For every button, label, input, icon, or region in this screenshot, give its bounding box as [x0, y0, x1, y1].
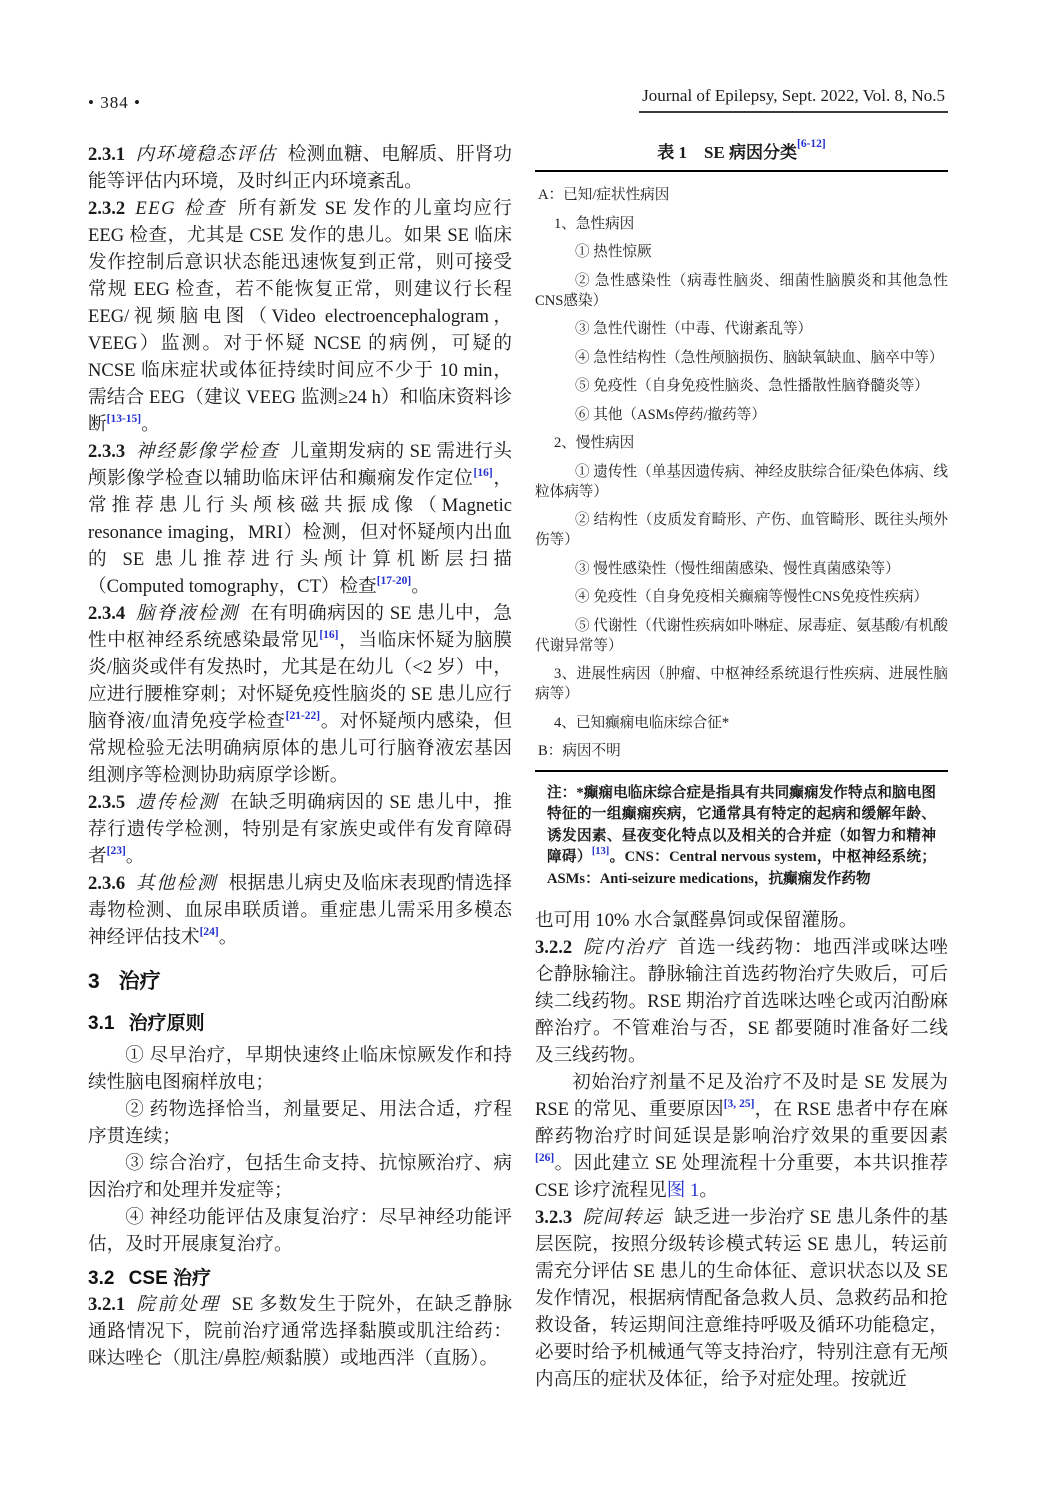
- table-row: 2、慢性病因: [535, 433, 948, 453]
- subsection-title: 院间转运: [582, 1207, 663, 1228]
- reference-superscript[interactable]: [13]: [592, 846, 610, 857]
- paragraph-2-3-3: 2.3.3神经影像学检查儿童期发病的 SE 需进行头颅影像学检查以辅助临床评估和…: [88, 438, 512, 600]
- paragraph-chloral: 也可用 10% 水合氯醛鼻饲或保留灌肠。: [535, 907, 948, 934]
- reference-superscript[interactable]: [3, 25]: [724, 1098, 755, 1110]
- reference-superscript[interactable]: [6-12]: [797, 138, 826, 150]
- reference-superscript[interactable]: [16]: [319, 629, 338, 641]
- table-row: ③ 慢性感染性（慢性细菌感染、慢性真菌感染等）: [535, 559, 948, 579]
- section-number: 2.3.6: [88, 873, 125, 894]
- table-row: ⑥ 其他（ASMs停药/撤药等）: [535, 405, 948, 425]
- table-bottom-rule: [535, 770, 948, 772]
- subsection-title: EEG 检查: [135, 198, 227, 219]
- table-row: ④ 免疫性（自身免疫相关癫痫等慢性CNS免疫性疾病）: [535, 587, 948, 607]
- paragraph-3-2-3: 3.2.3院间转运缺乏进一步治疗 SE 患儿条件的基层医院，按照分级转诊模式转运…: [535, 1204, 948, 1393]
- subsection-title: 内环境稳态评估: [135, 144, 276, 165]
- reference-superscript[interactable]: [23]: [107, 845, 126, 857]
- table-row: 3、进展性病因（肿瘤、中枢神经系统退行性疾病、进展性脑病等）: [535, 664, 948, 704]
- subsection-title: 院前处理: [135, 1294, 220, 1315]
- table-row: ③ 急性代谢性（中毒、代谢紊乱等）: [535, 319, 948, 339]
- table-title: 表 1 SE 病因分类[6-12]: [535, 138, 948, 163]
- subsection-title: 院内治疗: [582, 937, 666, 958]
- table-top-rule: [535, 170, 948, 172]
- section-number: 2.3.2: [88, 198, 125, 219]
- paragraph-2-3-1: 2.3.1内环境稳态评估检测血糖、电解质、肝肾功能等评估内环境，及时纠正内环境紊…: [88, 141, 512, 195]
- table-note: 注：*癫痫电临床综合症是指具有共同癫痫发作特点和脑电图特征的一组癫痫疾病，它通常…: [535, 783, 948, 891]
- principle-item-3: ③ 综合治疗，包括生命支持、抗惊厥治疗、病因治疗和处理并发症等；: [88, 1150, 512, 1204]
- subsection-title: 遗传检测: [135, 792, 219, 813]
- reference-superscript[interactable]: [26]: [535, 1152, 554, 1164]
- table-row: ④ 急性结构性（急性颅脑损伤、脑缺氧缺血、脑卒中等）: [535, 348, 948, 368]
- section-number: 2.3.3: [88, 441, 125, 462]
- table-row: A：已知/症状性病因: [535, 185, 948, 205]
- table-row: ② 急性感染性（病毒性脑炎、细菌性脑膜炎和其他急性CNS感染）: [535, 271, 948, 311]
- section-number: 2.3.1: [88, 144, 125, 165]
- table-body: A：已知/症状性病因1、急性病因① 热性惊厥② 急性感染性（病毒性脑炎、细菌性脑…: [535, 185, 948, 761]
- journal-page: • 384 • Journal of Epilepsy, Sept. 2022,…: [0, 0, 1050, 1485]
- paragraph-3-2-1: 3.2.1院前处理SE 多数发生于院外，在缺乏静脉通路情况下，院前治疗通常选择黏…: [88, 1291, 512, 1372]
- section-number: 2.3.5: [88, 792, 125, 813]
- subsection-title: 脑脊液检测: [135, 603, 239, 624]
- right-column-body: 也可用 10% 水合氯醛鼻饲或保留灌肠。 3.2.2院内治疗首选一线药物：地西泮…: [535, 907, 948, 1393]
- section-label: 治疗: [119, 970, 161, 993]
- table-row: ⑤ 免疫性（自身免疫性脑炎、急性播散性脑脊髓炎等）: [535, 376, 948, 396]
- table-row: 4、已知癫痫电临床综合征*: [535, 713, 948, 733]
- reference-superscript[interactable]: [21-22]: [286, 710, 321, 722]
- section-number: 3.2.3: [535, 1207, 572, 1228]
- left-column: 2.3.1内环境稳态评估检测血糖、电解质、肝肾功能等评估内环境，及时纠正内环境紊…: [88, 141, 512, 1372]
- section-number: 3.2.1: [88, 1294, 125, 1315]
- figure-link[interactable]: 图 1: [667, 1180, 700, 1201]
- table-row: 1、急性病因: [535, 214, 948, 234]
- section-number: 3.1: [88, 1013, 114, 1034]
- section-number: 2.3.4: [88, 603, 125, 624]
- right-column: 表 1 SE 病因分类[6-12] A：已知/症状性病因1、急性病因① 热性惊厥…: [535, 138, 948, 1393]
- subsection-title: 神经影像学检查: [135, 441, 279, 462]
- section-number: 3.2.2: [535, 937, 572, 958]
- paragraph-2-3-4: 2.3.4脑脊液检测在有明确病因的 SE 患儿中，急性中枢神经系统感染最常见[1…: [88, 600, 512, 789]
- section-heading-cse-treatment: 3.2CSE 治疗: [88, 1263, 512, 1290]
- section-label: 治疗原则: [129, 1013, 205, 1034]
- section-number: 3: [88, 970, 100, 993]
- section-number: 3.2: [88, 1268, 114, 1289]
- table-row: B：病因不明: [535, 741, 948, 761]
- section-heading-principles: 3.1治疗原则: [88, 1008, 512, 1035]
- subsection-title: 其他检测: [135, 873, 217, 894]
- table-row: ① 遗传性（单基因遗传病、神经皮肤综合征/染色体病、线粒体病等）: [535, 462, 948, 502]
- paragraph-2-3-2: 2.3.2EEG 检查所有新发 SE 发作的儿童均应行 EEG 检查，尤其是 C…: [88, 195, 512, 438]
- section-label: CSE 治疗: [129, 1268, 211, 1289]
- journal-title: Journal of Epilepsy, Sept. 2022, Vol. 8,…: [639, 86, 948, 113]
- principle-item-4: ④ 神经功能评估及康复治疗：尽早神经功能评估，及时开展康复治疗。: [88, 1204, 512, 1258]
- table-row: ⑤ 代谢性（代谢性疾病如卟啉症、尿毒症、氨基酸/有机酸代谢异常等）: [535, 616, 948, 656]
- reference-superscript[interactable]: [17-20]: [377, 575, 412, 587]
- paragraph-2-3-5: 2.3.5遗传检测在缺乏明确病因的 SE 患儿中，推荐行遗传学检测，特别是有家族…: [88, 789, 512, 870]
- section-heading-treatment: 3治疗: [88, 965, 512, 995]
- reference-superscript[interactable]: [13-15]: [107, 413, 142, 425]
- table-1-se-etiology: 表 1 SE 病因分类[6-12] A：已知/症状性病因1、急性病因① 热性惊厥…: [535, 138, 948, 890]
- paragraph-3-2-2: 3.2.2院内治疗首选一线药物：地西泮或咪达唑仑静脉输注。静脉输注首选药物治疗失…: [535, 934, 948, 1069]
- reference-superscript[interactable]: [16]: [474, 467, 493, 479]
- page-number: • 384 •: [88, 93, 141, 113]
- paragraph-2-3-6: 2.3.6其他检测根据患儿病史及临床表现酌情选择毒物检测、血尿串联质谱。重症患儿…: [88, 870, 512, 951]
- table-row: ① 热性惊厥: [535, 242, 948, 262]
- paragraph-initial-dose: 初始治疗剂量不足及治疗不及时是 SE 发展为 RSE 的常见、重要原因[3, 2…: [535, 1069, 948, 1204]
- page-header: • 384 • Journal of Epilepsy, Sept. 2022,…: [88, 86, 948, 113]
- principle-item-2: ② 药物选择恰当，剂量要足、用法合适，疗程序贯连续；: [88, 1096, 512, 1150]
- reference-superscript[interactable]: [24]: [200, 926, 219, 938]
- principle-item-1: ① 尽早治疗，早期快速终止临床惊厥发作和持续性脑电图痫样放电；: [88, 1042, 512, 1096]
- table-row: ② 结构性（皮质发育畸形、产伤、血管畸形、既往头颅外伤等）: [535, 510, 948, 550]
